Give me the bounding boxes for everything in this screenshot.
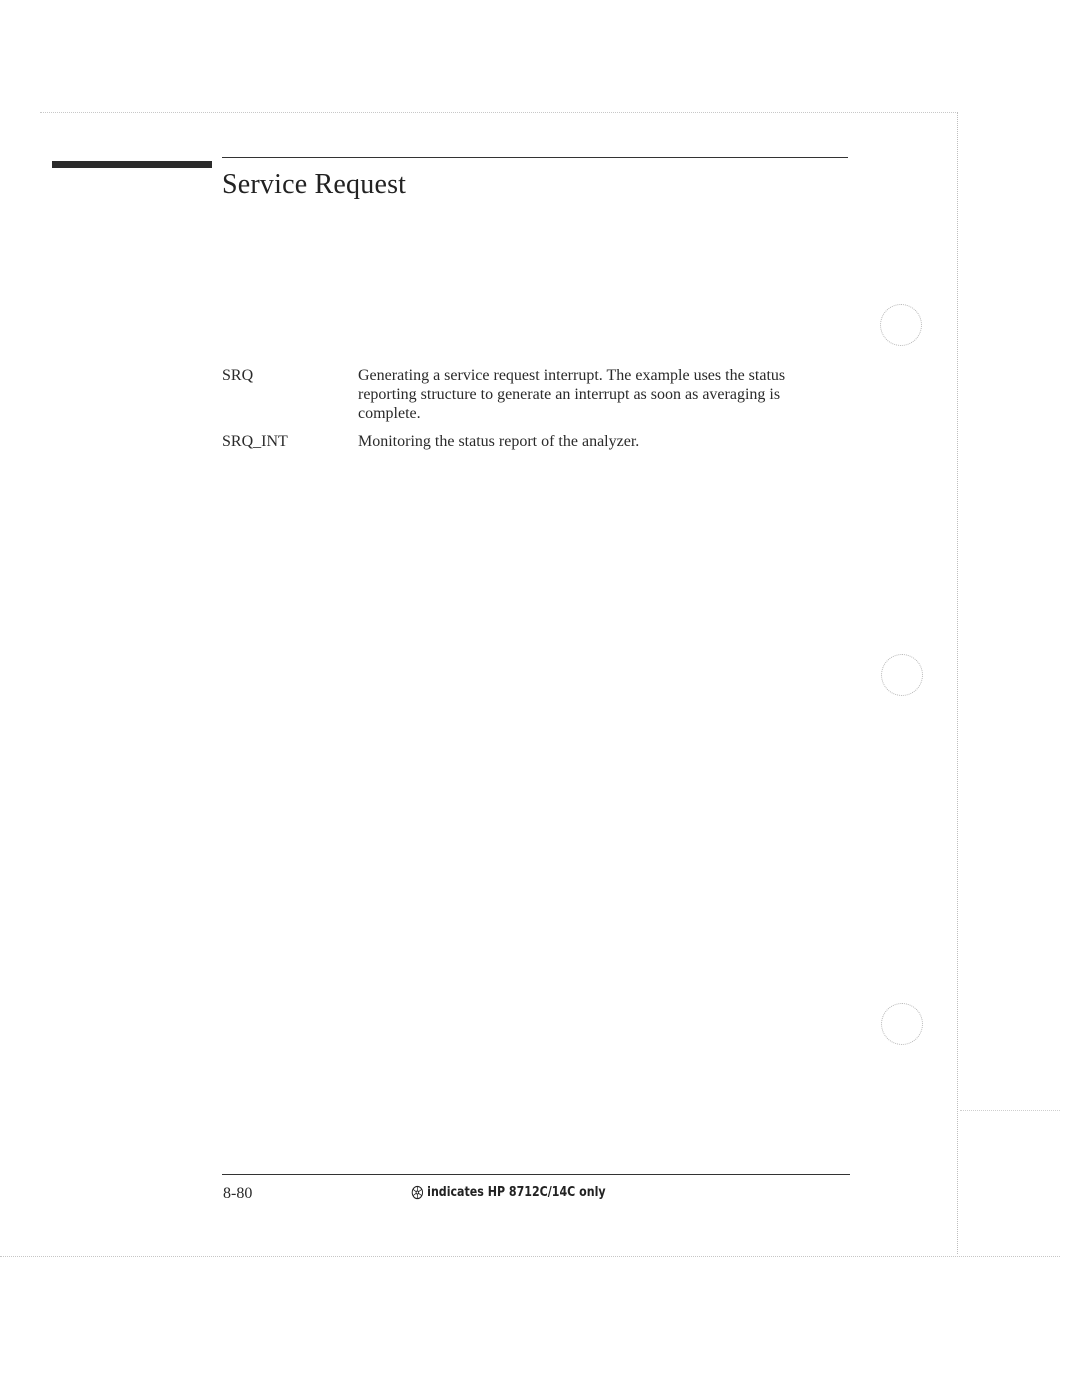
binder-hole-top <box>880 304 922 346</box>
definition-item: SRQ Generating a service request interru… <box>222 366 842 423</box>
disk-symbol-icon <box>411 1185 424 1200</box>
binder-hole-middle <box>881 654 923 696</box>
page-number: 8-80 <box>223 1185 252 1203</box>
section-marker-bar <box>52 161 212 168</box>
definition-description: Generating a service request interrupt. … <box>358 366 828 423</box>
binder-hole-bottom <box>881 1003 923 1045</box>
definition-description: Monitoring the status report of the anal… <box>358 432 828 451</box>
footer-rule <box>222 1174 850 1175</box>
page-title: Service Request <box>222 169 406 201</box>
footer-note: indicates HP 8712C/14C only <box>411 1185 606 1200</box>
definition-term: SRQ_INT <box>222 432 358 451</box>
definition-term: SRQ <box>222 366 358 423</box>
scan-edge-bottom <box>0 1256 1060 1257</box>
footer-note-text: indicates HP 8712C/14C only <box>427 1185 605 1200</box>
scan-edge-right <box>957 112 958 1254</box>
definition-item: SRQ_INT Monitoring the status report of … <box>222 432 842 451</box>
scan-tab-edge <box>960 1110 1060 1111</box>
header-rule <box>222 157 848 158</box>
definition-list: SRQ Generating a service request interru… <box>222 366 842 460</box>
scan-edge-top <box>40 112 958 113</box>
